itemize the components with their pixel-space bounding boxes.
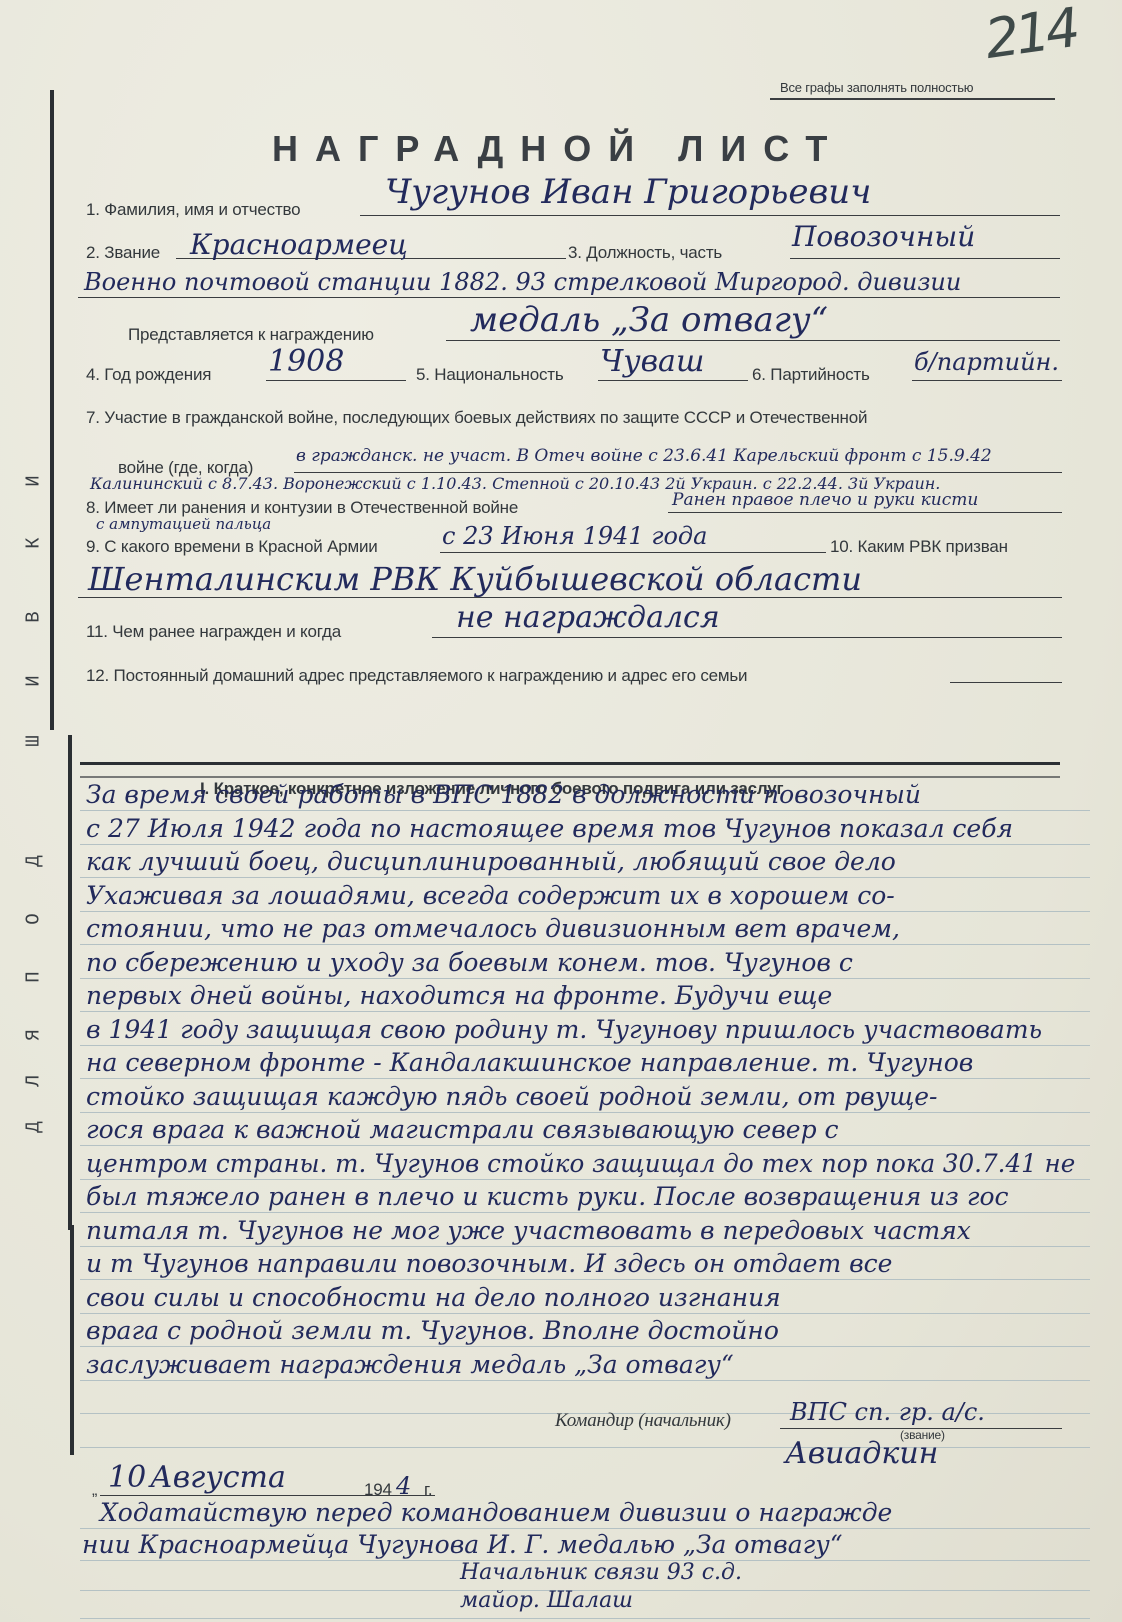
ruled-line (80, 810, 1090, 811)
field-7-label: 7. Участие в гражданской войне, последую… (86, 408, 867, 428)
field-7-line (294, 472, 1062, 473)
ruled-line (80, 1212, 1090, 1213)
field-12-label: 12. Постоянный домашний адрес представля… (86, 666, 747, 686)
award-label: Представляется к награждению (128, 325, 374, 345)
field-6-value[interactable]: б/партийн. (914, 348, 1059, 376)
ruled-line (80, 1011, 1090, 1012)
ruled-line (80, 911, 1090, 912)
ruled-line (80, 1112, 1090, 1113)
date-month[interactable]: Августа (150, 1460, 286, 1495)
commander-unit[interactable]: ВПС сп. гр. а/с. (790, 1398, 985, 1426)
petition-line-2[interactable]: нии Красноармейца Чугунова И. Г. медалью… (82, 1530, 843, 1559)
ruled-line (80, 1279, 1090, 1280)
field-2-value[interactable]: Красноармеец (190, 228, 408, 261)
petition-line-1[interactable]: Ходатайствую перед командованием дивизии… (100, 1498, 892, 1527)
date-day[interactable]: 10 (108, 1460, 146, 1495)
section-divider-bottom (80, 776, 1060, 778)
petition-ruled-line (80, 1528, 1090, 1529)
margin-line-bottom (68, 735, 72, 1230)
narrative-line: в 1941 году защищая свою родину т. Чугун… (86, 1015, 1042, 1044)
ruled-line (80, 1078, 1090, 1079)
narrative-line: Ухаживая за лошадями, всегда содержит их… (86, 881, 895, 910)
petition-line-4[interactable]: майор. Шалаш (460, 1588, 633, 1613)
field-3-value-cont[interactable]: Военно почтовой станции 1882. 93 стрелко… (84, 268, 961, 296)
field-12-line (950, 682, 1062, 683)
ruled-line (80, 1380, 1090, 1381)
petition-ruled-line (80, 1618, 1090, 1619)
narrative-line: первых дней войны, находится на фронте. … (86, 981, 832, 1010)
note-underline (770, 98, 1055, 100)
ruled-line (80, 1313, 1090, 1314)
margin-line-body (70, 1225, 74, 1455)
field-9-label: 9. С какого времени в Красной Армии (86, 537, 378, 557)
narrative-line: был тяжело ранен в плечо и кисть руки. П… (86, 1182, 1009, 1211)
field-11-label: 11. Чем ранее награжден и когда (86, 622, 341, 642)
field-10-value[interactable]: Шенталинским РВК Куйбышевской области (88, 560, 862, 598)
field-8-value-1[interactable]: Ранен правое плечо и руки кисти (672, 490, 978, 510)
field-11-line (432, 637, 1062, 638)
ruled-line (80, 1447, 1090, 1448)
petition-line-3[interactable]: Начальник связи 93 с.д. (460, 1560, 742, 1585)
field-5-label: 5. Национальность (416, 365, 564, 385)
side-letter: П (23, 971, 45, 982)
field-2-label: 2. Звание (86, 243, 160, 263)
side-letter: Л (23, 1075, 45, 1086)
fill-all-note: Все графы заполнять полностью (780, 80, 973, 95)
side-letter: Я (23, 1029, 45, 1040)
field-6-label: 6. Партийность (752, 365, 870, 385)
side-letter: Ш (23, 735, 45, 746)
narrative-line: стоянии, что не раз отмечалось дивизионн… (86, 914, 900, 943)
field-3-value[interactable]: Повозочный (792, 220, 975, 253)
narrative-line: свои силы и способности на дело полного … (86, 1283, 781, 1312)
commander-signature[interactable]: Авиадкин (785, 1436, 938, 1471)
field-5-line (598, 380, 748, 381)
date-year-suffix[interactable]: 4 (396, 1472, 411, 1500)
side-letter: К (23, 537, 45, 548)
field-7-value-1[interactable]: в гражданск. не участ. В Отеч войне с 23… (296, 446, 992, 466)
field-3-label: 3. Должность, часть (568, 243, 722, 263)
field-8-value-2[interactable]: с ампутацией пальца (96, 515, 271, 533)
field-6-line (912, 380, 1062, 381)
narrative-line: на северном фронте - Кандалакшинское нап… (86, 1048, 973, 1077)
margin-binding-label: Д Л Я П О Д Ш И В К И (20, 440, 60, 1130)
narrative-line: с 27 Июля 1942 года по настоящее время т… (86, 814, 1013, 843)
side-letter: В (23, 611, 45, 622)
ruled-line (80, 1045, 1090, 1046)
ruled-line (80, 944, 1090, 945)
field-1-value[interactable]: Чугунов Иван Григорьевич (385, 172, 871, 212)
ruled-line (80, 1246, 1090, 1247)
side-letter: Д (23, 1121, 45, 1132)
field-8-line (668, 512, 1062, 513)
field-1-label: 1. Фамилия, имя и отчество (86, 200, 300, 220)
ruled-line (80, 877, 1090, 878)
narrative-line: как лучший боец, дисциплинированный, люб… (86, 847, 896, 876)
field-4-label: 4. Год рождения (86, 365, 211, 385)
narrative-line: и т Чугунов направили повозочным. И здес… (86, 1249, 892, 1278)
commander-label: Командир (начальник) (555, 1410, 731, 1432)
ruled-line (80, 844, 1090, 845)
side-letter: О (23, 913, 45, 924)
field-5-value[interactable]: Чуваш (600, 344, 704, 379)
section-divider-top (80, 762, 1060, 765)
field-4-value[interactable]: 1908 (268, 344, 344, 379)
ruled-line (80, 1346, 1090, 1347)
ruled-line (80, 1179, 1090, 1180)
side-letter: Д (23, 855, 45, 866)
field-3-cont-line (78, 297, 1060, 298)
field-4-line (266, 380, 406, 381)
side-letter: И (23, 475, 45, 486)
narrative-line: гося врага к важной магистрали связывающ… (86, 1115, 839, 1144)
field-9-value[interactable]: с 23 Июня 1941 года (442, 522, 707, 550)
page-number: 214 (981, 0, 1080, 71)
date-year-suffix-g: г. (424, 1480, 432, 1500)
narrative-line: центром страны. т. Чугунов стойко защища… (86, 1149, 1075, 1178)
ruled-line (80, 978, 1090, 979)
field-9-line (440, 552, 826, 553)
field-10-label: 10. Каким РВК призван (830, 537, 1008, 557)
award-line (446, 340, 1060, 341)
date-open-quote: „ (92, 1482, 97, 1500)
document-title: НАГРАДНОЙ ЛИСТ (272, 128, 844, 170)
field-1-line (360, 215, 1060, 216)
narrative-line: За время своей работы в ВПС 1882 в должн… (86, 780, 921, 809)
narrative-line: заслуживает награждения медаль „За отваг… (86, 1350, 734, 1379)
ruled-line (80, 1145, 1090, 1146)
narrative-line: стойко защищая каждую пядь своей родной … (86, 1082, 938, 1111)
narrative-line: питаля т. Чугунов не мог уже участвовать… (86, 1216, 971, 1245)
date-year-prefix: 194 (364, 1480, 392, 1500)
field-11-value[interactable]: не награждался (456, 600, 720, 635)
field-3-line (790, 258, 1060, 259)
narrative-line: врага с родной земли т. Чугунов. Вполне … (86, 1316, 779, 1345)
award-value[interactable]: медаль „За отвагу“ (470, 300, 828, 340)
side-letter: И (23, 675, 45, 686)
narrative-line: по сбережению и уходу за боевым конем. т… (86, 948, 853, 977)
